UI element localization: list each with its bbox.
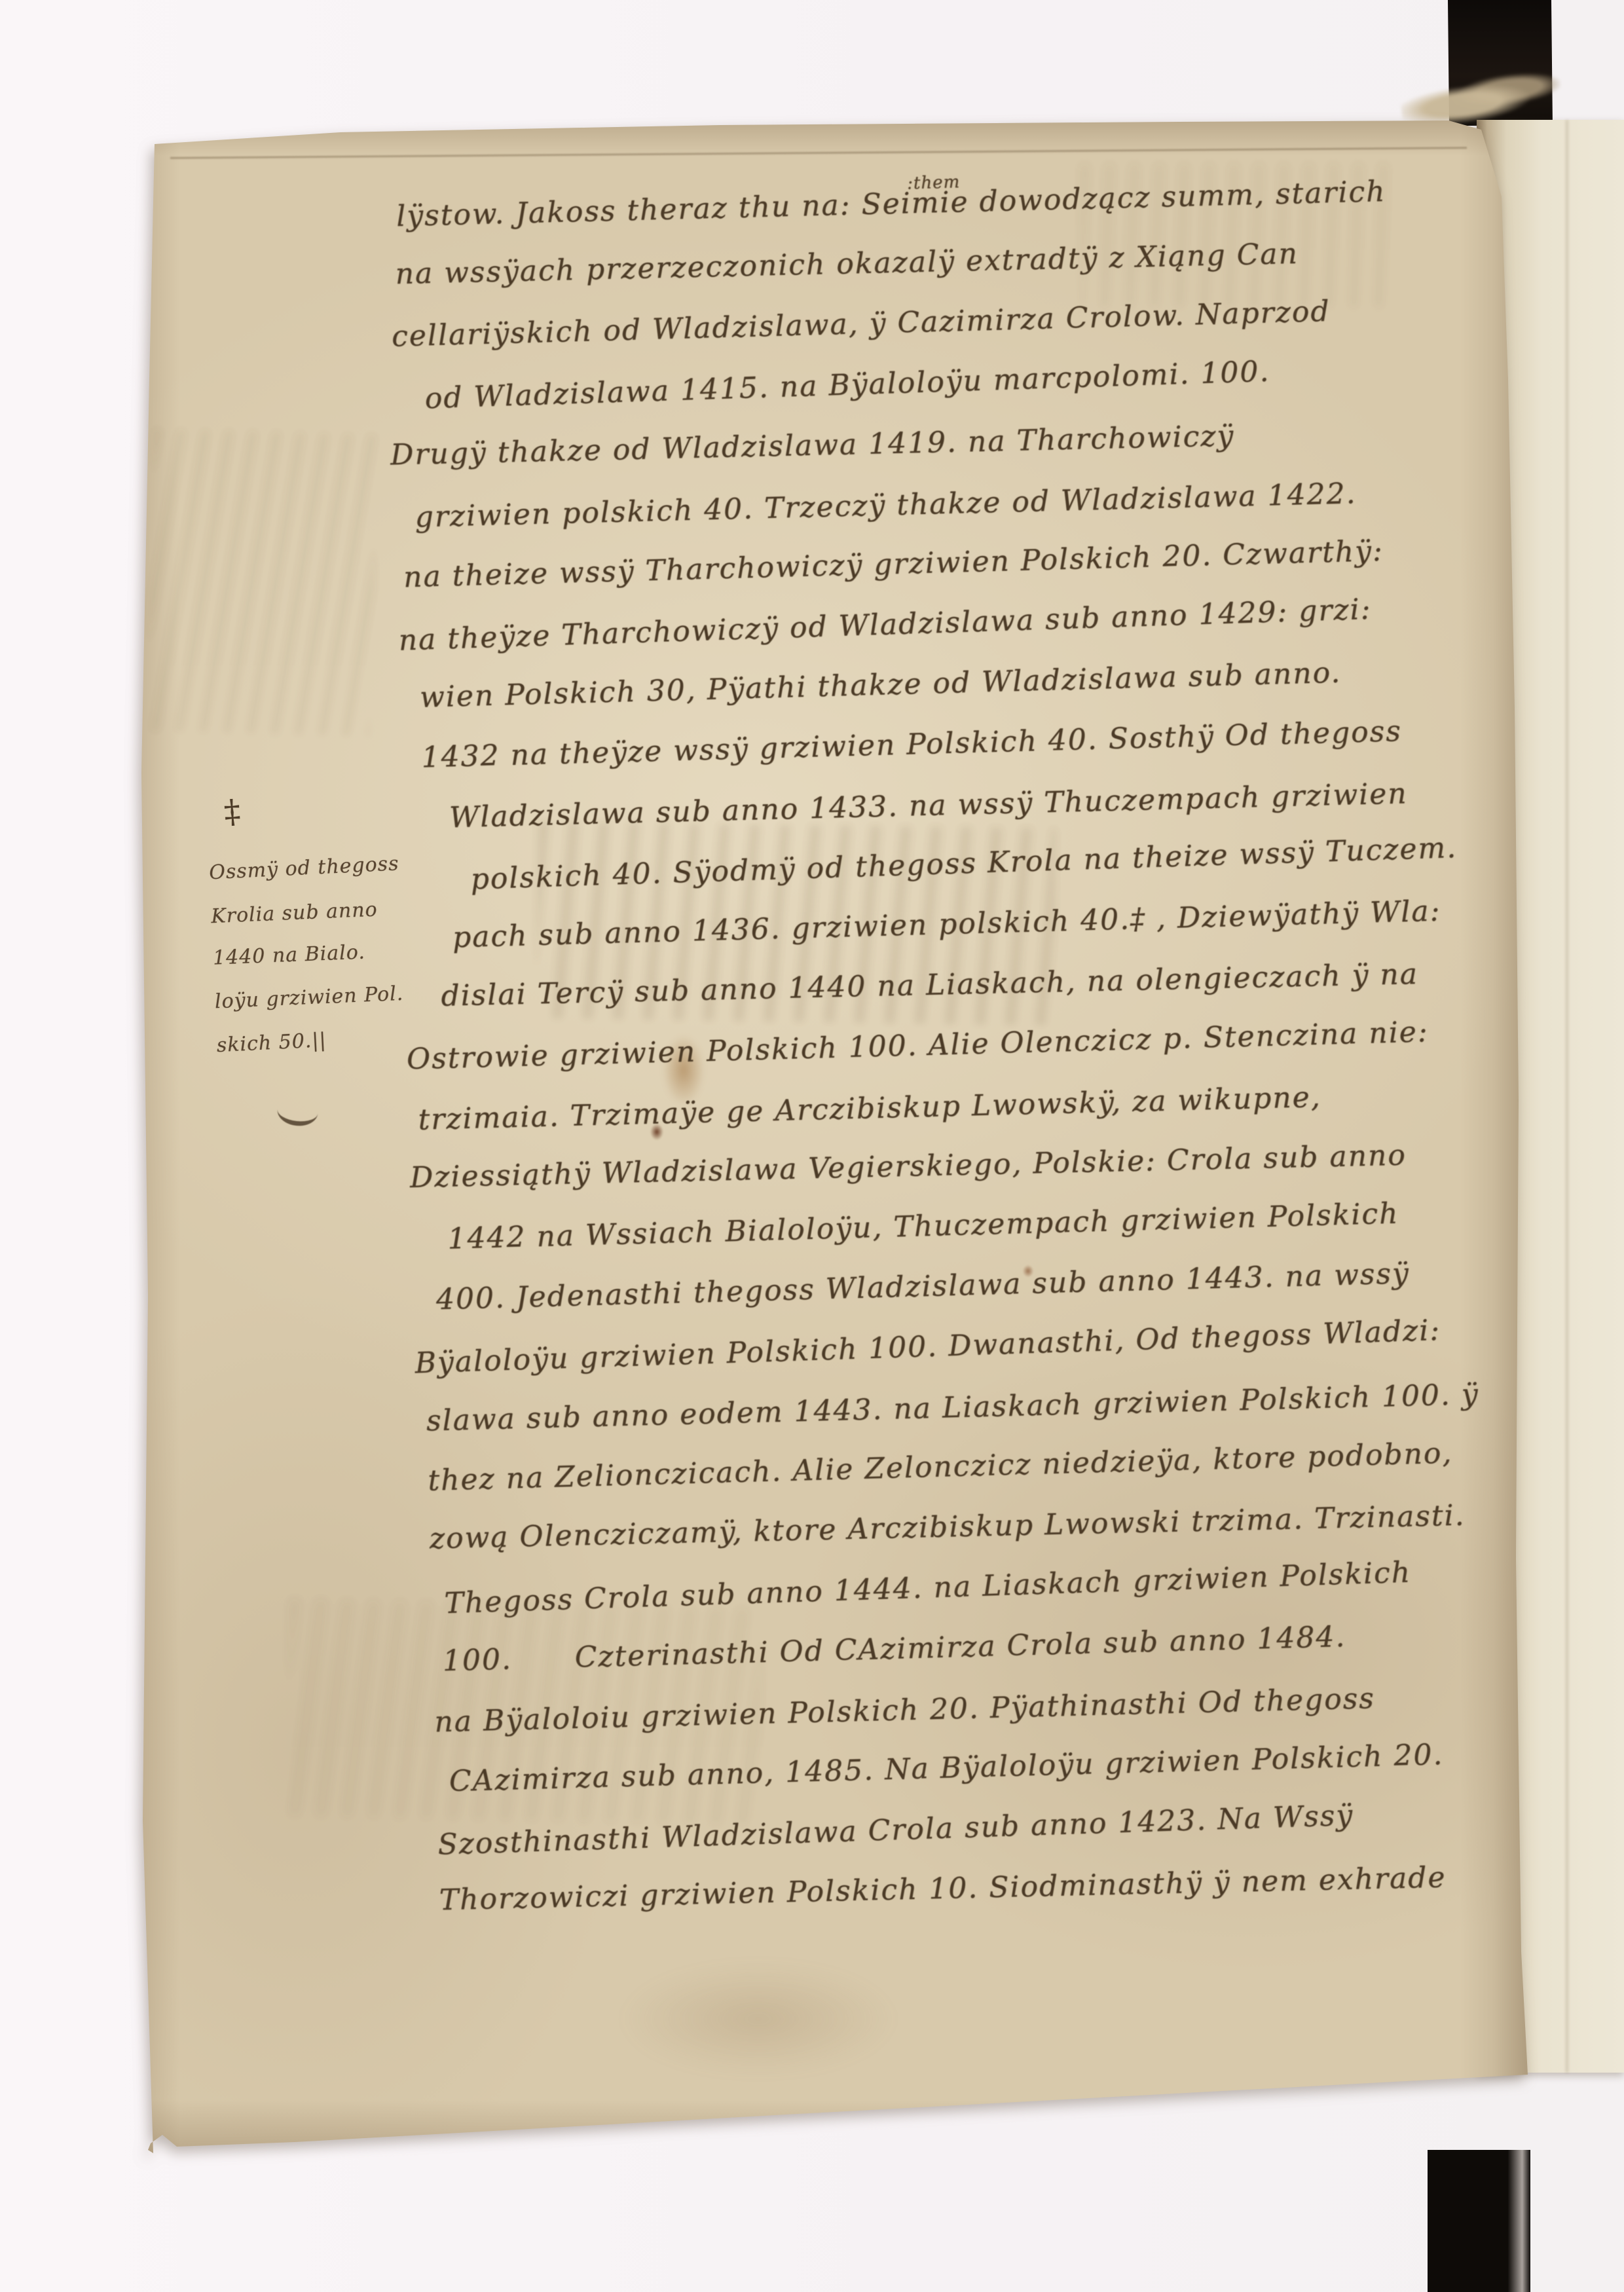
handwritten-text-block: :them lÿstow. Jakoss theraz thu na: Seim…: [383, 159, 1452, 1933]
damp-stain: [621, 1963, 896, 2075]
scanner-background: ‡ Ossmÿ od thegoss Krolia sub anno 1440 …: [0, 0, 1624, 2292]
page-paper: ‡ Ossmÿ od thegoss Krolia sub anno 1440 …: [131, 118, 1532, 2156]
margin-note-line: Ossmÿ od thegoss: [208, 841, 433, 895]
facing-page-crease: [1566, 120, 1568, 2073]
margin-note-line: 1440 na Bialo.: [212, 928, 436, 980]
manuscript-page: ‡ Ossmÿ od thegoss Krolia sub anno 1440 …: [131, 118, 1532, 2156]
underleaf-edge: [170, 147, 1467, 159]
margin-note: Ossmÿ od thegoss Krolia sub anno 1440 na…: [208, 841, 440, 1067]
insertion-mark-icon: ‡: [223, 792, 242, 831]
binding-tape-bottom: [1428, 2150, 1530, 2292]
bleedthrough-patch: [147, 430, 377, 737]
margin-flourish-mark: [276, 1102, 318, 1128]
